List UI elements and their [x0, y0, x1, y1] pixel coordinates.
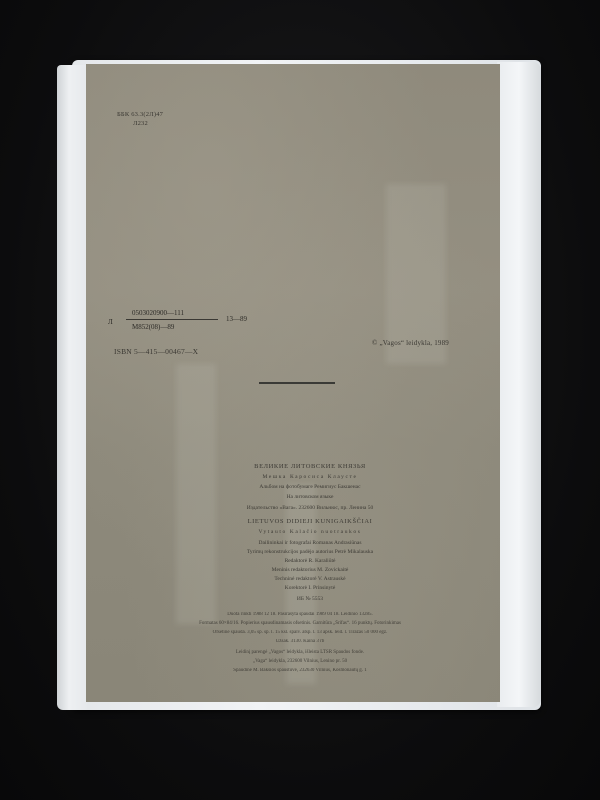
lt-credit: Tyrimų rekonstrukcijos padėjo autorius P…	[140, 549, 480, 555]
lt-credit: Techninė redaktorė V. Astrauskė	[140, 576, 480, 582]
imprint-line: Užsak. 3130. Kaina 3 rb	[110, 639, 490, 644]
lt-order-number: ИБ № 5553	[140, 596, 480, 602]
catalog-code: Л232	[133, 120, 148, 127]
imprint-line: „Vaga“ leidykla, 232600 Vilnius, Lenino …	[110, 659, 490, 664]
formula-bar	[126, 319, 218, 320]
index-formula: Л 0503020900—111 M852(08)—89 13—89	[108, 307, 278, 341]
formula-suffix: 13—89	[226, 315, 247, 323]
formula-denominator: M852(08)—89	[132, 323, 174, 331]
center-divider-line	[259, 382, 335, 384]
ru-illustrator-line: Альбом на фотобумаге Ремигиус Бакшенас	[140, 484, 480, 490]
lt-credit: Redaktorė R. Karaliūtė	[140, 558, 480, 564]
lt-credit: Meninis redaktorius M. Zovickaitė	[140, 567, 480, 573]
light-streak	[386, 184, 446, 364]
lt-credit: Dailininkai ir fotografai Romanas Andras…	[140, 540, 480, 546]
ru-language-line: На литовском языке	[140, 494, 480, 500]
lt-author-line: Vytauto Kalačio nuotraukos	[140, 529, 480, 535]
imprint-line: Formatas 60×84/16. Popierius spausdinama…	[110, 621, 490, 626]
imprint-line: Leidinį parengė „Vagos“ leidykla, išleis…	[110, 650, 490, 655]
lt-title: Lietuvos didieji kunigaikščiai	[140, 518, 480, 525]
bbk-classification: ББК 63.3(2Л)47	[117, 111, 163, 118]
book-spine-edge	[57, 65, 87, 710]
imprint-line: Spaudinė M. Bakšios spaustuvė, 232630 Vi…	[110, 668, 490, 673]
imprint-line: Duota rinkti 1988 12 18. Pasirašyta spau…	[110, 612, 490, 617]
isbn: ISBN 5—415—00467—X	[114, 347, 198, 356]
lt-credit: Korektorė I. Prinsinytė	[140, 585, 480, 591]
ru-publisher-line: Издательство «Вага». 232600 Вильнюс, пр.…	[140, 505, 480, 511]
imprint-line: Ofsetinė spauda. 3,05 sp. sp. l. 15 ksl.…	[110, 630, 490, 635]
ru-title: Великие литовские князья	[140, 463, 480, 470]
copyright-notice: © „Vagos“ leidykla, 1989	[372, 339, 449, 347]
formula-numerator: 0503020900—111	[132, 309, 184, 317]
formula-prefix: Л	[108, 318, 113, 326]
book-right-edge	[497, 62, 541, 707]
ru-author-line: Мешка Каросиса Клаусте	[140, 474, 480, 480]
photo-scene: ББК 63.3(2Л)47 Л232 Л 0503020900—111 M85…	[0, 0, 600, 800]
